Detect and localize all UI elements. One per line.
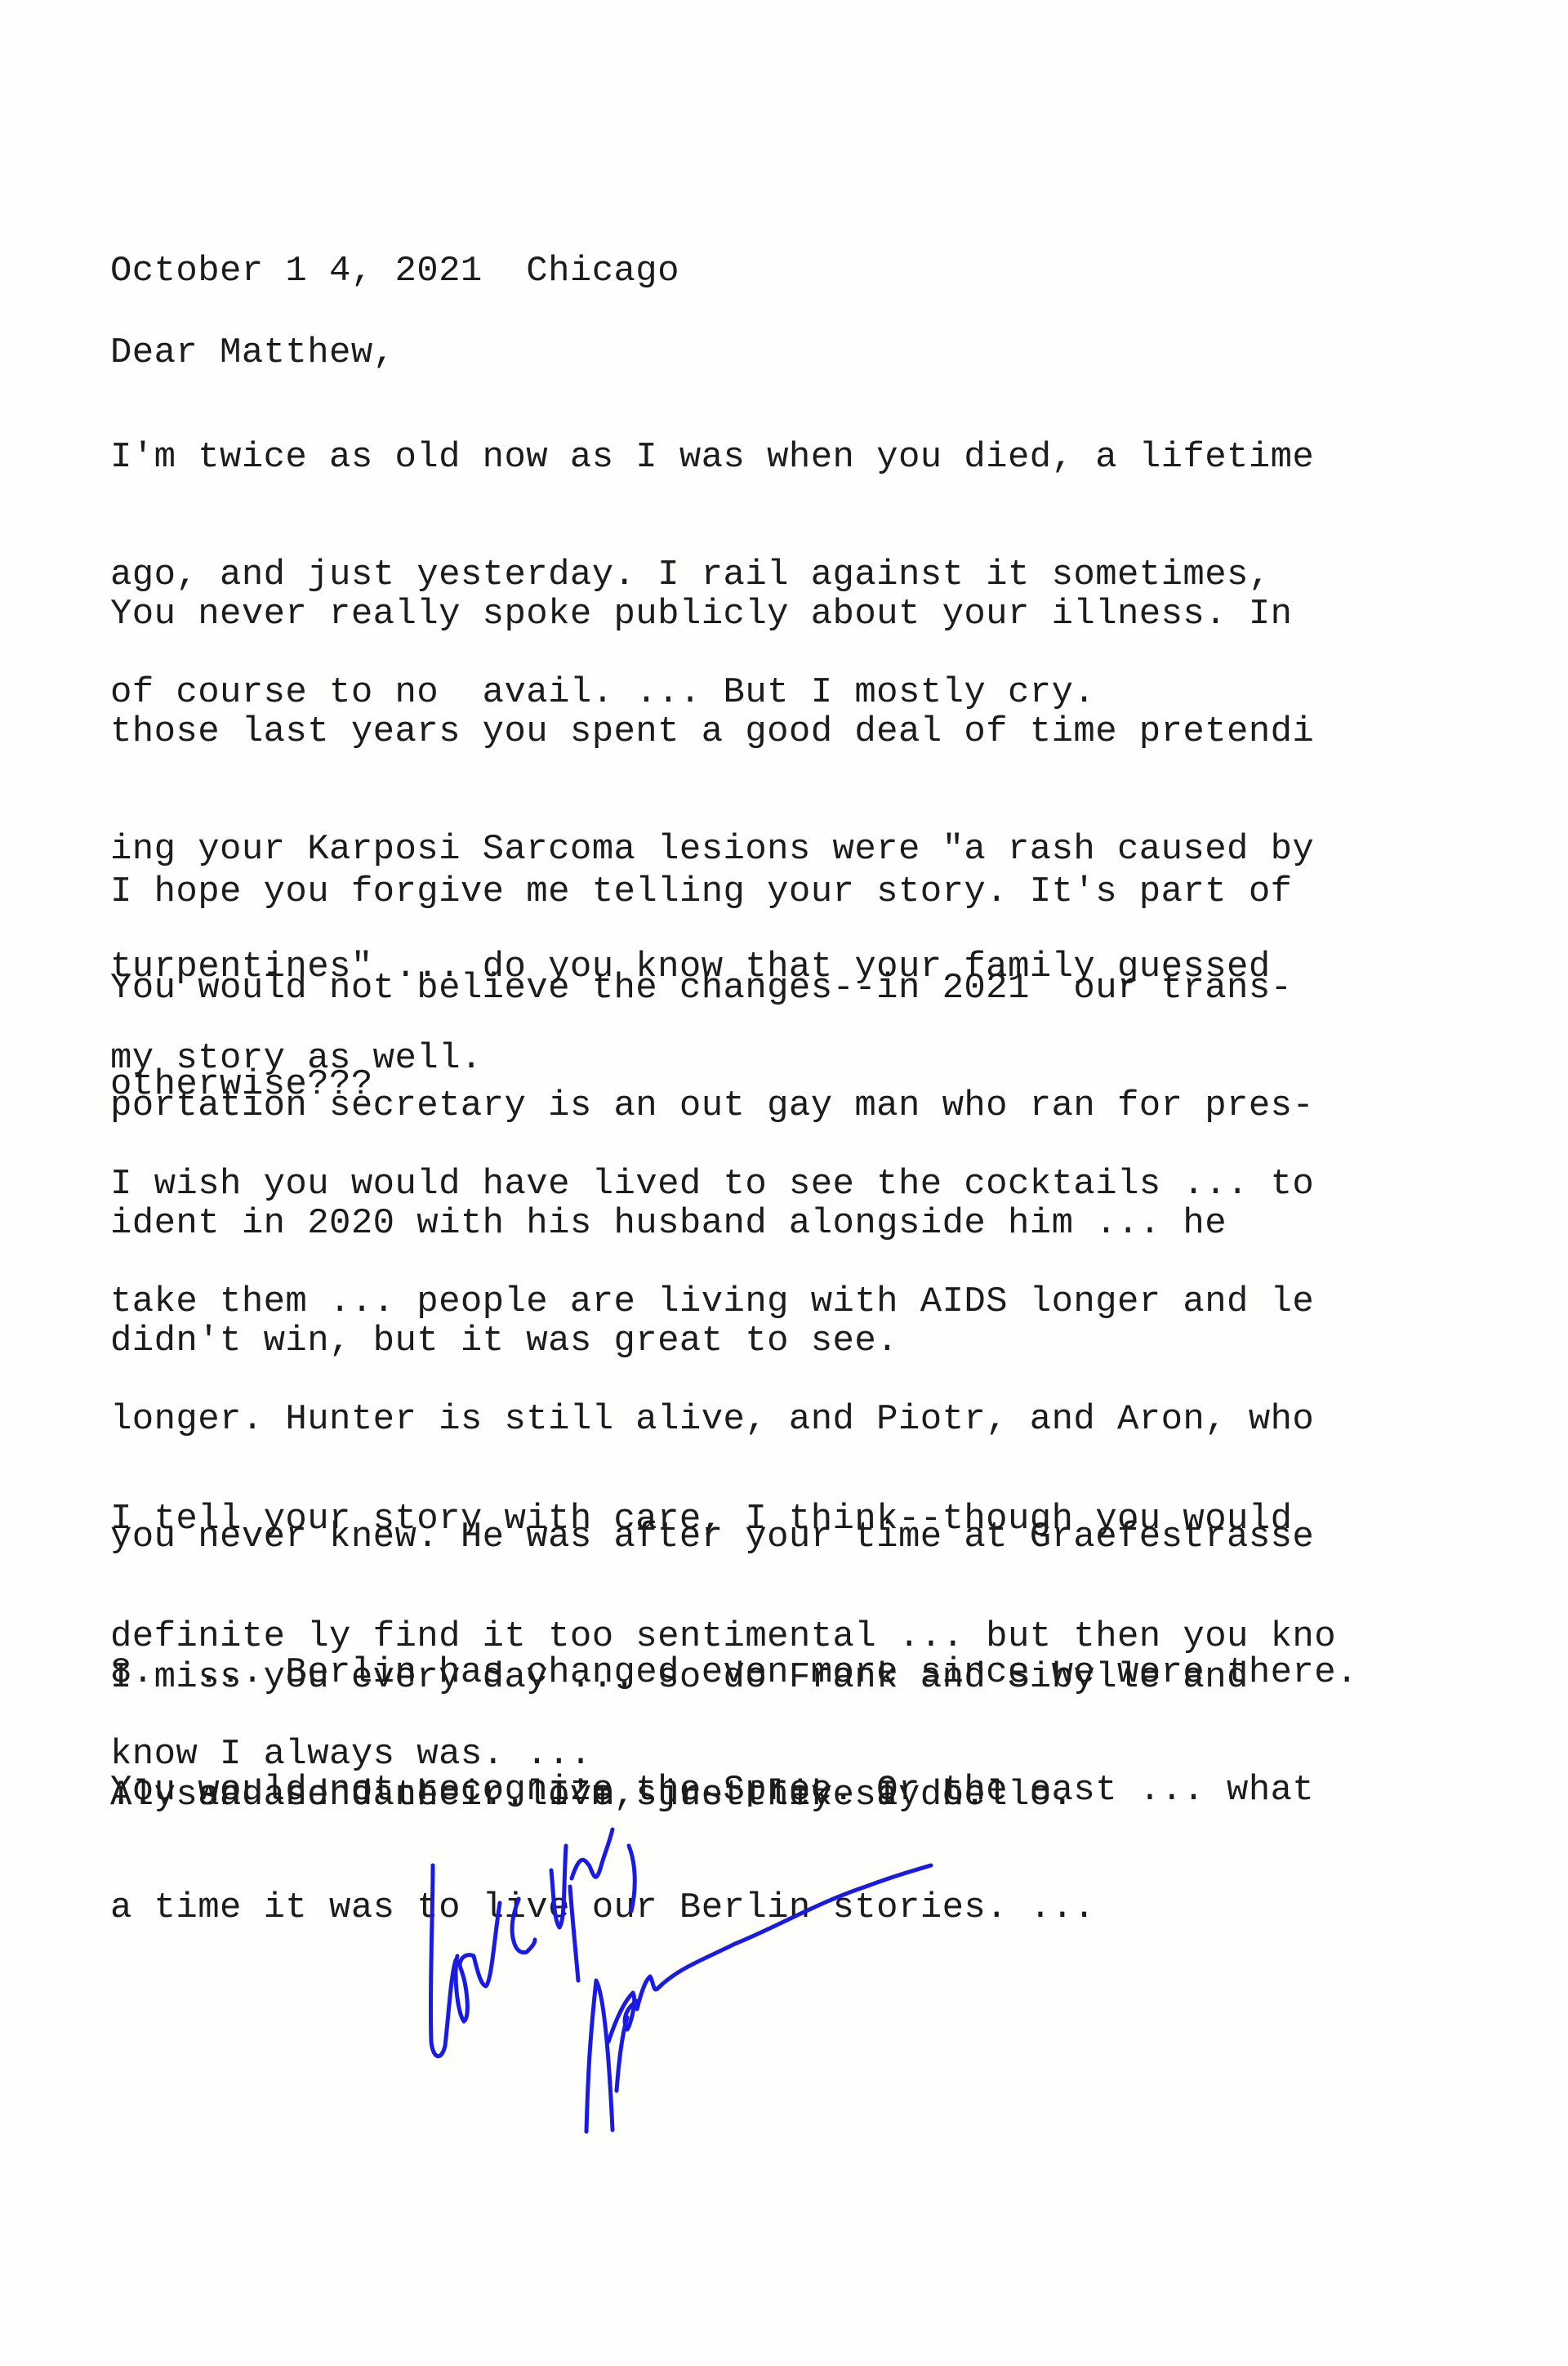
paragraph-line: You never really spoke publicly about yo… xyxy=(110,595,1314,634)
handwritten-signature xyxy=(408,1797,1307,2246)
paragraph-line: I'm twice as old now as I was when you d… xyxy=(110,438,1314,477)
paragraph-line: I wish you would have lived to see the c… xyxy=(110,1165,1358,1204)
paragraph-line: You would not believe the changes--in 20… xyxy=(110,969,1314,1008)
paragraph-line: I miss you every day ... so do Frank and… xyxy=(110,1658,1249,1697)
paragraph-line: take them ... people are living with AID… xyxy=(110,1282,1358,1321)
paragraph-line: those last years you spent a good deal o… xyxy=(110,712,1314,751)
paragraph-line: I tell your story with care, I think--th… xyxy=(110,1499,1336,1539)
handwritten-name xyxy=(586,1865,931,2132)
letter-page: October 1 4, 2021 Chicago Dear Matthew, … xyxy=(0,0,1568,2366)
